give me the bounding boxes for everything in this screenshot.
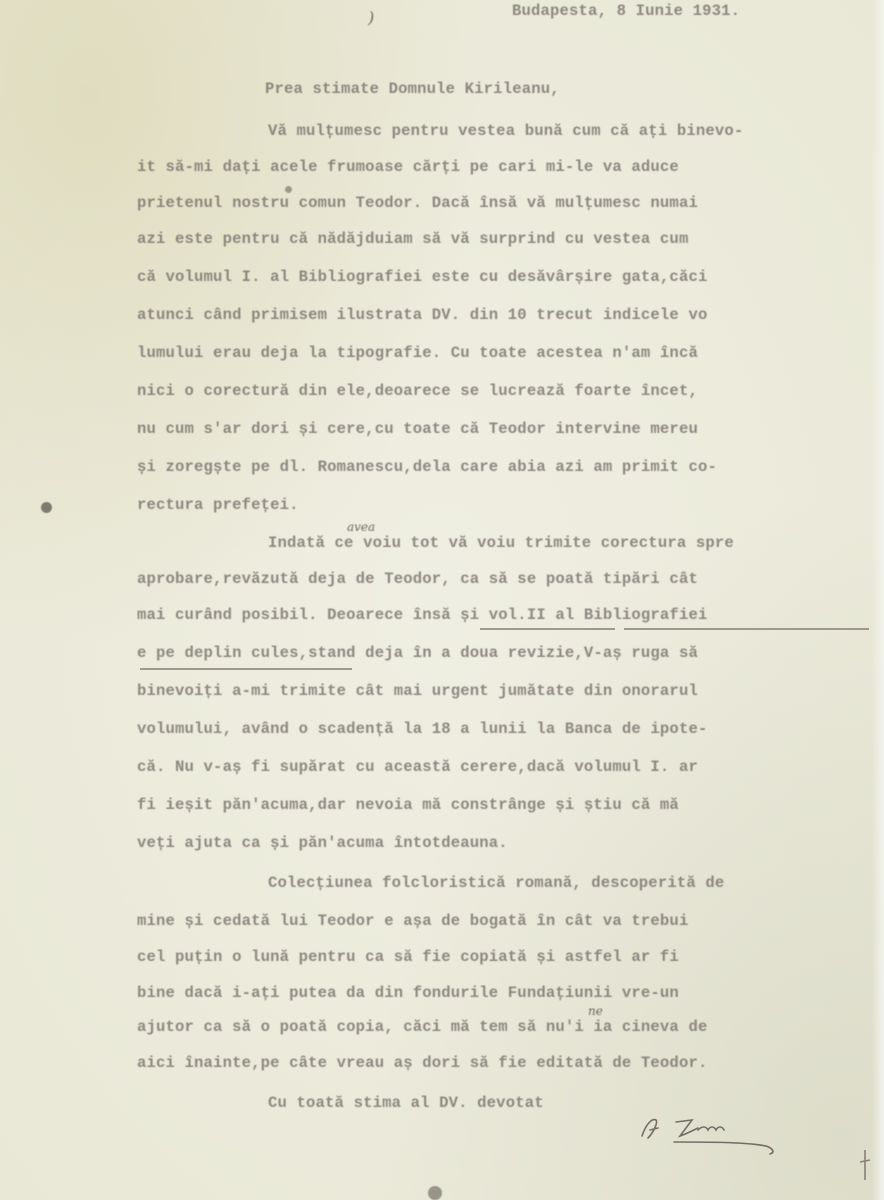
letter-line: nici o corectură din ele,deoarece se luc… [137, 382, 698, 400]
signature [636, 1108, 806, 1158]
ink-dot [285, 186, 292, 193]
letter-line: aprobare,revăzută deja de Teodor, ca să … [137, 570, 698, 588]
punch-hole-dot [41, 502, 52, 513]
letter-line: Vă mulțumesc pentru vestea bună cum că a… [268, 122, 743, 140]
letter-line: azi este pentru că nădăjduiam să vă surp… [137, 230, 688, 248]
letter-line: rectura prefeței. [137, 496, 299, 514]
place-date: Budapesta, 8 Iunie 1931. [512, 2, 740, 20]
punch-hole-dot [428, 1186, 442, 1200]
margin-mark [858, 1148, 872, 1182]
salutation: Prea stimate Domnule Kirileanu, [265, 80, 560, 98]
letter-line: ajutor ca să o poată copia, căci mă tem … [137, 1018, 707, 1036]
insertion-avea: avea [347, 520, 375, 534]
letter-line: fi ieșit păn'acuma,dar nevoia mă constrâ… [137, 796, 679, 814]
letter-line: Indată ce voiu tot vă voiu trimite corec… [268, 534, 734, 552]
letter-line: prietenul nostru comun Teodor. Dacă însă… [137, 194, 698, 212]
insertion-ne: ne [588, 1004, 603, 1018]
letter-line: it să-mi dați acele frumoase cărți pe ca… [137, 158, 679, 176]
underline [624, 628, 869, 630]
letter-line: binevoiți a-mi trimite cât mai urgent ju… [137, 682, 698, 700]
letter-line: mine și cedată lui Teodor e așa de bogat… [137, 912, 688, 930]
letter-line: veți ajuta ca și păn'acuma întotdeauna. [137, 834, 508, 852]
letter-line: mai curând posibil. Deoarece însă și vol… [137, 606, 707, 624]
letter-line: Colecțiunea folcloristică romană, descop… [268, 874, 724, 892]
letter-line: cel puțin o lună pentru ca să fie copiat… [137, 948, 679, 966]
underline [140, 668, 352, 670]
letter-line: și zoregște pe dl. Romanescu,dela care a… [137, 458, 717, 476]
letter-line: lumului erau deja la tipografie. Cu toat… [137, 344, 698, 362]
underline [480, 628, 615, 630]
paper-right-edge [872, 0, 884, 1200]
letter-line: că. Nu v-aș fi supărat cu această cerere… [137, 758, 698, 776]
letter-line: nu cum s'ar dori și cere,cu toate că Teo… [137, 420, 698, 438]
letter-line: bine dacă i-ați putea da din fondurile F… [137, 984, 679, 1002]
letter-line: e pe deplin cules,stand deja în a doua r… [137, 644, 698, 662]
letter-line: atunci când primisem ilustrata DV. din 1… [137, 306, 707, 324]
letter-line: volumului, având o scadență la 18 a luni… [137, 720, 707, 738]
letter-line: aici înainte,pe câte vreau aș dori să fi… [137, 1054, 707, 1072]
closing: Cu toată stima al DV. devotat [268, 1094, 544, 1112]
handwritten-mark: ) [368, 8, 374, 27]
letter-line: că volumul I. al Bibliografiei este cu d… [137, 268, 707, 286]
